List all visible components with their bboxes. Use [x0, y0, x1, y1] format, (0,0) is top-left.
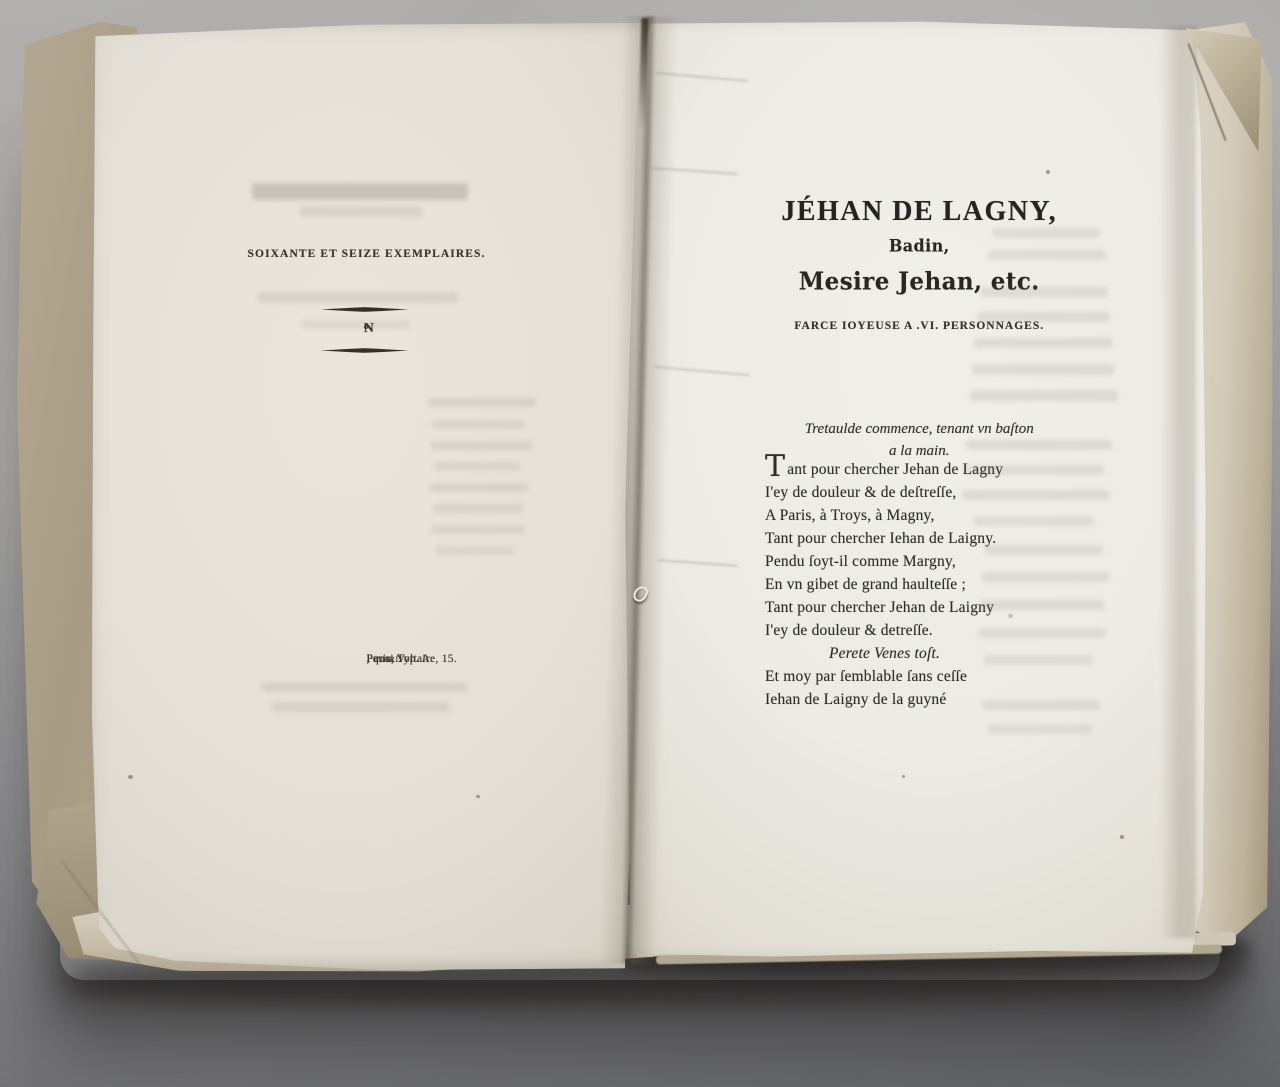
bleed-through-ghost	[984, 655, 1092, 665]
right-page-fold-shade	[1160, 26, 1196, 938]
foxing-spot	[1008, 614, 1013, 618]
bleed-through-ghost	[430, 441, 532, 450]
bleed-through-ghost	[262, 682, 467, 692]
bleed-through-ghost	[980, 600, 1104, 610]
swelled-rule-top	[321, 307, 409, 312]
bleed-through-ghost	[985, 545, 1103, 555]
bleed-through-ghost	[436, 546, 514, 555]
bleed-through-ghost	[980, 287, 1108, 297]
bleed-through-ghost	[258, 292, 458, 303]
bleed-through-ghost	[302, 320, 410, 329]
paper-speck	[1046, 170, 1050, 174]
bleed-through-ghost	[433, 504, 523, 513]
bleed-through-ghost	[978, 628, 1106, 638]
genre-line: FARCE IOYEUSE A .VI. PERSONNAGES.	[622, 320, 1201, 332]
bleed-through-ghost	[432, 420, 524, 429]
bleed-through-ghost	[428, 398, 536, 407]
bleed-through-ghost	[964, 465, 1104, 475]
stage-direction-line1: Tretaulde commence, tenant vn baſton	[638, 418, 1201, 440]
bleed-through-ghost	[982, 700, 1100, 710]
paper-speck	[476, 795, 480, 798]
paper-crease	[658, 559, 738, 567]
swelled-rule-bottom	[321, 348, 409, 353]
bleed-through-ghost	[300, 206, 422, 217]
imprint-suffix: , quai Voltaire, 15.	[367, 653, 458, 665]
paper-speck	[1120, 835, 1124, 839]
bleed-through-ghost	[988, 724, 1092, 734]
bleed-through-ghost	[974, 338, 1112, 348]
bleed-through-ghost	[962, 490, 1110, 500]
secondary-title: Mesire Jehan, etc.	[622, 267, 1201, 296]
bleed-through-ghost	[272, 702, 450, 712]
verse-line: Et moy par ſemblable ſans ceſſe	[765, 665, 1095, 688]
paper-speck	[902, 775, 905, 778]
bleed-through-ghost	[970, 390, 1118, 401]
bleed-through-ghost	[988, 250, 1106, 260]
bleed-through-ghost	[982, 572, 1110, 582]
book-photograph: SOIXANTE ET SEIZE EXEMPLAIRES. No Paris,…	[0, 0, 1280, 1087]
bleed-through-ghost	[992, 228, 1100, 238]
bleed-through-ghost	[252, 183, 468, 200]
role-subtitle: Badin,	[622, 235, 1201, 255]
paper-speck	[128, 775, 133, 779]
bleed-through-ghost	[434, 462, 520, 471]
stage-direction: Tretaulde commence, tenant vn baſton a l…	[622, 418, 1201, 462]
bleed-through-ghost	[430, 483, 528, 492]
bleed-through-ghost	[431, 525, 525, 534]
bleed-through-ghost	[977, 312, 1110, 322]
bleed-through-ghost	[974, 516, 1094, 526]
bleed-through-ghost	[966, 440, 1112, 450]
play-title: JÉHAN DE LAGNY,	[622, 196, 1201, 228]
left-page: SOIXANTE ET SEIZE EXEMPLAIRES. No Paris,…	[85, 20, 660, 972]
limitation-statement: SOIXANTE ET SEIZE EXEMPLAIRES.	[85, 248, 660, 260]
drop-cap: T	[765, 458, 785, 476]
bleed-through-ghost	[972, 364, 1114, 375]
